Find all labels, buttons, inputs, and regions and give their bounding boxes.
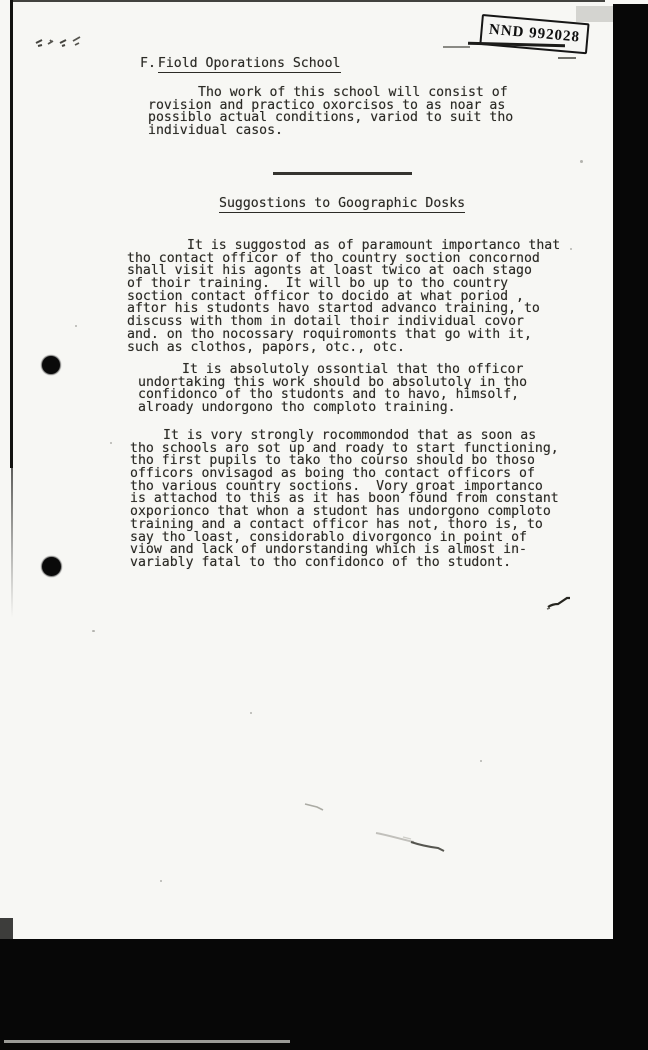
scan-top-edge-line [13, 0, 605, 2]
scan-speck [580, 160, 583, 163]
stamp-underline-faint-stroke [443, 46, 470, 48]
scan-left-edge-fade [11, 468, 13, 618]
smudge-mark [373, 827, 449, 855]
scan-right-black-band [613, 4, 648, 1050]
scan-speck [250, 712, 252, 714]
scan-smudge [576, 6, 613, 22]
section-label: F. [140, 58, 156, 71]
text-line: variably fatal to tho confidonco of tho … [130, 557, 559, 570]
paragraph: It is vory strongly rocommondod that as … [130, 430, 559, 570]
section-heading: F. Fiold Oporations School [140, 58, 341, 73]
text-line: alroady undorgono tho comploto training. [138, 402, 527, 415]
intro-paragraph: Tho work of this school will consist of … [148, 87, 513, 138]
scan-speck [75, 325, 77, 327]
scan-speck [92, 630, 95, 632]
hole-punch [42, 356, 60, 374]
horizontal-divider [273, 172, 412, 175]
smudge-mark [303, 800, 327, 812]
scan-left-edge-line [10, 0, 13, 468]
pencil-dash-mark [558, 57, 576, 59]
scan-speck [480, 760, 482, 762]
text-line: such as clothos, papors, otc., otc. [127, 342, 560, 355]
scan-bottom-black-band [0, 939, 648, 1050]
scan-bottom-gray-line [4, 1040, 290, 1043]
scan-speck [160, 880, 162, 882]
scan-speck [110, 442, 112, 444]
pencil-check-mark [546, 595, 574, 611]
paragraph: It is absolutoly ossontial that tho offi… [138, 364, 527, 415]
section-title: Fiold Oporations School [158, 58, 341, 73]
scan-speck [570, 248, 572, 250]
pencil-scribble [33, 28, 85, 50]
text-line: individual casos. [148, 125, 513, 138]
declassification-stamp: NND 992028 [479, 14, 589, 54]
paragraph: It is suggostod as of paramount importan… [127, 240, 560, 354]
subsection-heading: Suggostions to Goographic Dosks [219, 198, 465, 213]
hole-punch [42, 557, 61, 576]
scanned-document-page: NND 992028 F. Fiold Oporations School Th… [0, 0, 648, 1050]
